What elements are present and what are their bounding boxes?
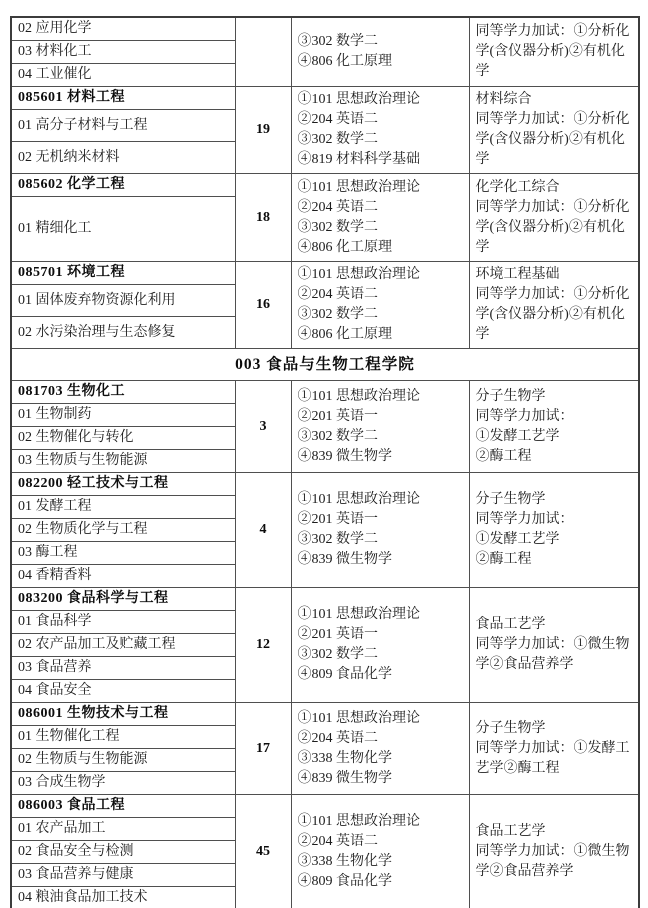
exam-subject-line: ②201 英语一 xyxy=(298,407,463,427)
direction-cell: 03 生物质与生物能源 xyxy=(11,450,235,473)
exam-subjects-cell: ①101 思想政治理论②204 英语二③302 数学二④819 材料科学基础 xyxy=(291,87,469,174)
quota-cell: 3 xyxy=(235,381,291,473)
direction-cell: 03 材料化工 xyxy=(11,41,235,64)
quota-cell: 12 xyxy=(235,588,291,703)
retest-subjects-cell: 分子生物学同等学力加试：①发酵工艺学②酶工程 xyxy=(469,703,639,795)
direction-cell: 01 生物催化工程 xyxy=(11,726,235,749)
quota-cell: 17 xyxy=(235,703,291,795)
exam-subjects-cell: ③302 数学二④806 化工原理 xyxy=(291,17,469,87)
program-header-row: 085602 化学工程18①101 思想政治理论②204 英语二③302 数学二… xyxy=(11,174,639,197)
retest-subject-line: ①发酵工艺学 xyxy=(476,530,633,550)
retest-subjects-cell: 材料综合同等学力加试：①分析化学(含仪器分析)②有机化学 xyxy=(469,87,639,174)
exam-subjects-cell: ①101 思想政治理论②204 英语二③302 数学二④806 化工原理 xyxy=(291,174,469,262)
exam-subject-line: ②201 英语一 xyxy=(298,625,463,645)
program-header-row: 083200 食品科学与工程12①101 思想政治理论②201 英语一③302 … xyxy=(11,588,639,611)
retest-subject-line: 同等学力加试：①微生物学②食品营养学 xyxy=(476,842,633,882)
direction-cell: 01 高分子材料与工程 xyxy=(11,110,235,142)
program-header-row: 086003 食品工程45①101 思想政治理论②204 英语二③338 生物化… xyxy=(11,795,639,818)
exam-subject-line: ③302 数学二 xyxy=(298,32,463,52)
direction-cell: 01 农产品加工 xyxy=(11,818,235,841)
exam-subject-line: ②204 英语二 xyxy=(298,285,463,305)
program-header-row: 082200 轻工技术与工程4①101 思想政治理论②201 英语一③302 数… xyxy=(11,473,639,496)
exam-subject-line: ③302 数学二 xyxy=(298,530,463,550)
quota-cell: 18 xyxy=(235,174,291,262)
retest-subject-line: 同等学力加试：①分析化学(含仪器分析)②有机化学 xyxy=(476,198,633,258)
retest-subject-line: ②酶工程 xyxy=(476,550,633,570)
program-header-cell: 082200 轻工技术与工程 xyxy=(11,473,235,496)
exam-subjects-cell: ①101 思想政治理论②204 英语二③338 生物化学④839 微生物学 xyxy=(291,703,469,795)
exam-subjects-cell: ①101 思想政治理论②204 英语二③302 数学二④806 化工原理 xyxy=(291,262,469,349)
college-header-row: 003 食品与生物工程学院 xyxy=(11,349,639,381)
direction-cell: 03 食品营养 xyxy=(11,657,235,680)
direction-cell: 01 发酵工程 xyxy=(11,496,235,519)
exam-subject-line: ①101 思想政治理论 xyxy=(298,387,463,407)
retest-subject-line: ①发酵工艺学 xyxy=(476,427,633,447)
exam-subject-line: ②204 英语二 xyxy=(298,198,463,218)
admissions-table-body: 02 应用化学③302 数学二④806 化工原理同等学力加试：①分析化学(含仪器… xyxy=(11,17,639,908)
program-header-row: 086001 生物技术与工程17①101 思想政治理论②204 英语二③338 … xyxy=(11,703,639,726)
direction-cell: 01 生物制药 xyxy=(11,404,235,427)
exam-subject-line: ④809 食品化学 xyxy=(298,872,463,892)
program-header-cell: 083200 食品科学与工程 xyxy=(11,588,235,611)
retest-subject-line: ②酶工程 xyxy=(476,447,633,467)
retest-subject-line: 分子生物学 xyxy=(476,490,633,510)
program-header-cell: 085602 化学工程 xyxy=(11,174,235,197)
direction-cell: 03 酶工程 xyxy=(11,542,235,565)
retest-subject-line: 同等学力加试： xyxy=(476,407,633,427)
direction-cell: 02 生物质化学与工程 xyxy=(11,519,235,542)
direction-cell: 02 农产品加工及贮藏工程 xyxy=(11,634,235,657)
direction-cell: 04 工业催化 xyxy=(11,64,235,87)
retest-subject-line: 材料综合 xyxy=(476,90,633,110)
exam-subject-line: ①101 思想政治理论 xyxy=(298,178,463,198)
direction-cell: 04 香精香料 xyxy=(11,565,235,588)
direction-cell: 02 生物催化与转化 xyxy=(11,427,235,450)
exam-subject-line: ③302 数学二 xyxy=(298,130,463,150)
direction-cell: 02 食品安全与检测 xyxy=(11,841,235,864)
retest-subject-line: 分子生物学 xyxy=(476,719,633,739)
exam-subject-line: ④839 微生物学 xyxy=(298,550,463,570)
retest-subject-line: 同等学力加试：①发酵工艺学②酶工程 xyxy=(476,739,633,779)
exam-subjects-cell: ①101 思想政治理论②204 英语二③338 生物化学④809 食品化学 xyxy=(291,795,469,908)
program-header-row: 081703 生物化工3①101 思想政治理论②201 英语一③302 数学二④… xyxy=(11,381,639,404)
exam-subject-line: ①101 思想政治理论 xyxy=(298,265,463,285)
exam-subject-line: ③302 数学二 xyxy=(298,427,463,447)
retest-subject-line: 环境工程基础 xyxy=(476,265,633,285)
exam-subject-line: ④819 材料科学基础 xyxy=(298,150,463,170)
exam-subject-line: ②204 英语二 xyxy=(298,110,463,130)
program-header-cell: 086003 食品工程 xyxy=(11,795,235,818)
program-header-cell: 085701 环境工程 xyxy=(11,262,235,285)
retest-subject-line: 同等学力加试：①微生物学②食品营养学 xyxy=(476,635,633,675)
retest-subject-line: 分子生物学 xyxy=(476,387,633,407)
retest-subjects-cell: 分子生物学同等学力加试：①发酵工艺学②酶工程 xyxy=(469,473,639,588)
exam-subject-line: ④806 化工原理 xyxy=(298,325,463,345)
exam-subject-line: ②204 英语二 xyxy=(298,729,463,749)
admissions-document-page: 02 应用化学③302 数学二④806 化工原理同等学力加试：①分析化学(含仪器… xyxy=(0,0,648,908)
program-header-cell: 085601 材料工程 xyxy=(11,87,235,110)
program-header-row: 085601 材料工程19①101 思想政治理论②204 英语二③302 数学二… xyxy=(11,87,639,110)
retest-subject-line: 同等学力加试：①分析化学(含仪器分析)②有机化学 xyxy=(476,110,633,170)
direction-cell: 02 无机纳米材料 xyxy=(11,142,235,174)
exam-subject-line: ②201 英语一 xyxy=(298,510,463,530)
exam-subject-line: ③302 数学二 xyxy=(298,305,463,325)
quota-cell: 4 xyxy=(235,473,291,588)
exam-subject-line: ③302 数学二 xyxy=(298,645,463,665)
retest-subjects-cell: 同等学力加试：①分析化学(含仪器分析)②有机化学 xyxy=(469,17,639,87)
program-header-cell: 081703 生物化工 xyxy=(11,381,235,404)
retest-subject-line: 同等学力加试：①分析化学(含仪器分析)②有机化学 xyxy=(476,22,633,82)
direction-cell: 02 应用化学 xyxy=(11,17,235,41)
retest-subject-line: 食品工艺学 xyxy=(476,615,633,635)
retest-subjects-cell: 化学化工综合同等学力加试：①分析化学(含仪器分析)②有机化学 xyxy=(469,174,639,262)
exam-subject-line: ④839 微生物学 xyxy=(298,447,463,467)
quota-cell: 16 xyxy=(235,262,291,349)
direction-cell: 02 水污染治理与生态修复 xyxy=(11,317,235,349)
retest-subjects-cell: 食品工艺学同等学力加试：①微生物学②食品营养学 xyxy=(469,588,639,703)
retest-subject-line: 食品工艺学 xyxy=(476,822,633,842)
retest-subjects-cell: 环境工程基础同等学力加试：①分析化学(含仪器分析)②有机化学 xyxy=(469,262,639,349)
direction-cell: 02 生物质与生物能源 xyxy=(11,749,235,772)
exam-subject-line: ①101 思想政治理论 xyxy=(298,90,463,110)
exam-subjects-cell: ①101 思想政治理论②201 英语一③302 数学二④839 微生物学 xyxy=(291,381,469,473)
college-header-cell: 003 食品与生物工程学院 xyxy=(11,349,639,381)
exam-subject-line: ③338 生物化学 xyxy=(298,749,463,769)
admissions-table: 02 应用化学③302 数学二④806 化工原理同等学力加试：①分析化学(含仪器… xyxy=(10,16,640,908)
quota-cell: 19 xyxy=(235,87,291,174)
exam-subject-line: ④809 食品化学 xyxy=(298,665,463,685)
direction-cell: 01 精细化工 xyxy=(11,197,235,262)
exam-subject-line: ④806 化工原理 xyxy=(298,52,463,72)
direction-cell: 01 食品科学 xyxy=(11,611,235,634)
quota-cell: 45 xyxy=(235,795,291,908)
program-header-row: 085701 环境工程16①101 思想政治理论②204 英语二③302 数学二… xyxy=(11,262,639,285)
exam-subject-line: ①101 思想政治理论 xyxy=(298,812,463,832)
exam-subject-line: ④839 微生物学 xyxy=(298,769,463,789)
exam-subject-line: ③338 生物化学 xyxy=(298,852,463,872)
direction-row: 02 应用化学③302 数学二④806 化工原理同等学力加试：①分析化学(含仪器… xyxy=(11,17,639,41)
exam-subjects-cell: ①101 思想政治理论②201 英语一③302 数学二④839 微生物学 xyxy=(291,473,469,588)
retest-subject-line: 同等学力加试： xyxy=(476,510,633,530)
exam-subjects-cell: ①101 思想政治理论②201 英语一③302 数学二④809 食品化学 xyxy=(291,588,469,703)
exam-subject-line: ①101 思想政治理论 xyxy=(298,709,463,729)
retest-subject-line: 化学化工综合 xyxy=(476,178,633,198)
direction-cell: 03 食品营养与健康 xyxy=(11,864,235,887)
exam-subject-line: ③302 数学二 xyxy=(298,218,463,238)
direction-cell: 03 合成生物学 xyxy=(11,772,235,795)
retest-subjects-cell: 食品工艺学同等学力加试：①微生物学②食品营养学 xyxy=(469,795,639,908)
program-header-cell: 086001 生物技术与工程 xyxy=(11,703,235,726)
direction-cell: 01 固体废弃物资源化利用 xyxy=(11,285,235,317)
quota-cell xyxy=(235,17,291,87)
retest-subjects-cell: 分子生物学同等学力加试：①发酵工艺学②酶工程 xyxy=(469,381,639,473)
exam-subject-line: ②204 英语二 xyxy=(298,832,463,852)
exam-subject-line: ①101 思想政治理论 xyxy=(298,490,463,510)
exam-subject-line: ④806 化工原理 xyxy=(298,238,463,258)
direction-cell: 04 食品安全 xyxy=(11,680,235,703)
exam-subject-line: ①101 思想政治理论 xyxy=(298,605,463,625)
retest-subject-line: 同等学力加试：①分析化学(含仪器分析)②有机化学 xyxy=(476,285,633,345)
direction-cell: 04 粮油食品加工技术 xyxy=(11,887,235,908)
